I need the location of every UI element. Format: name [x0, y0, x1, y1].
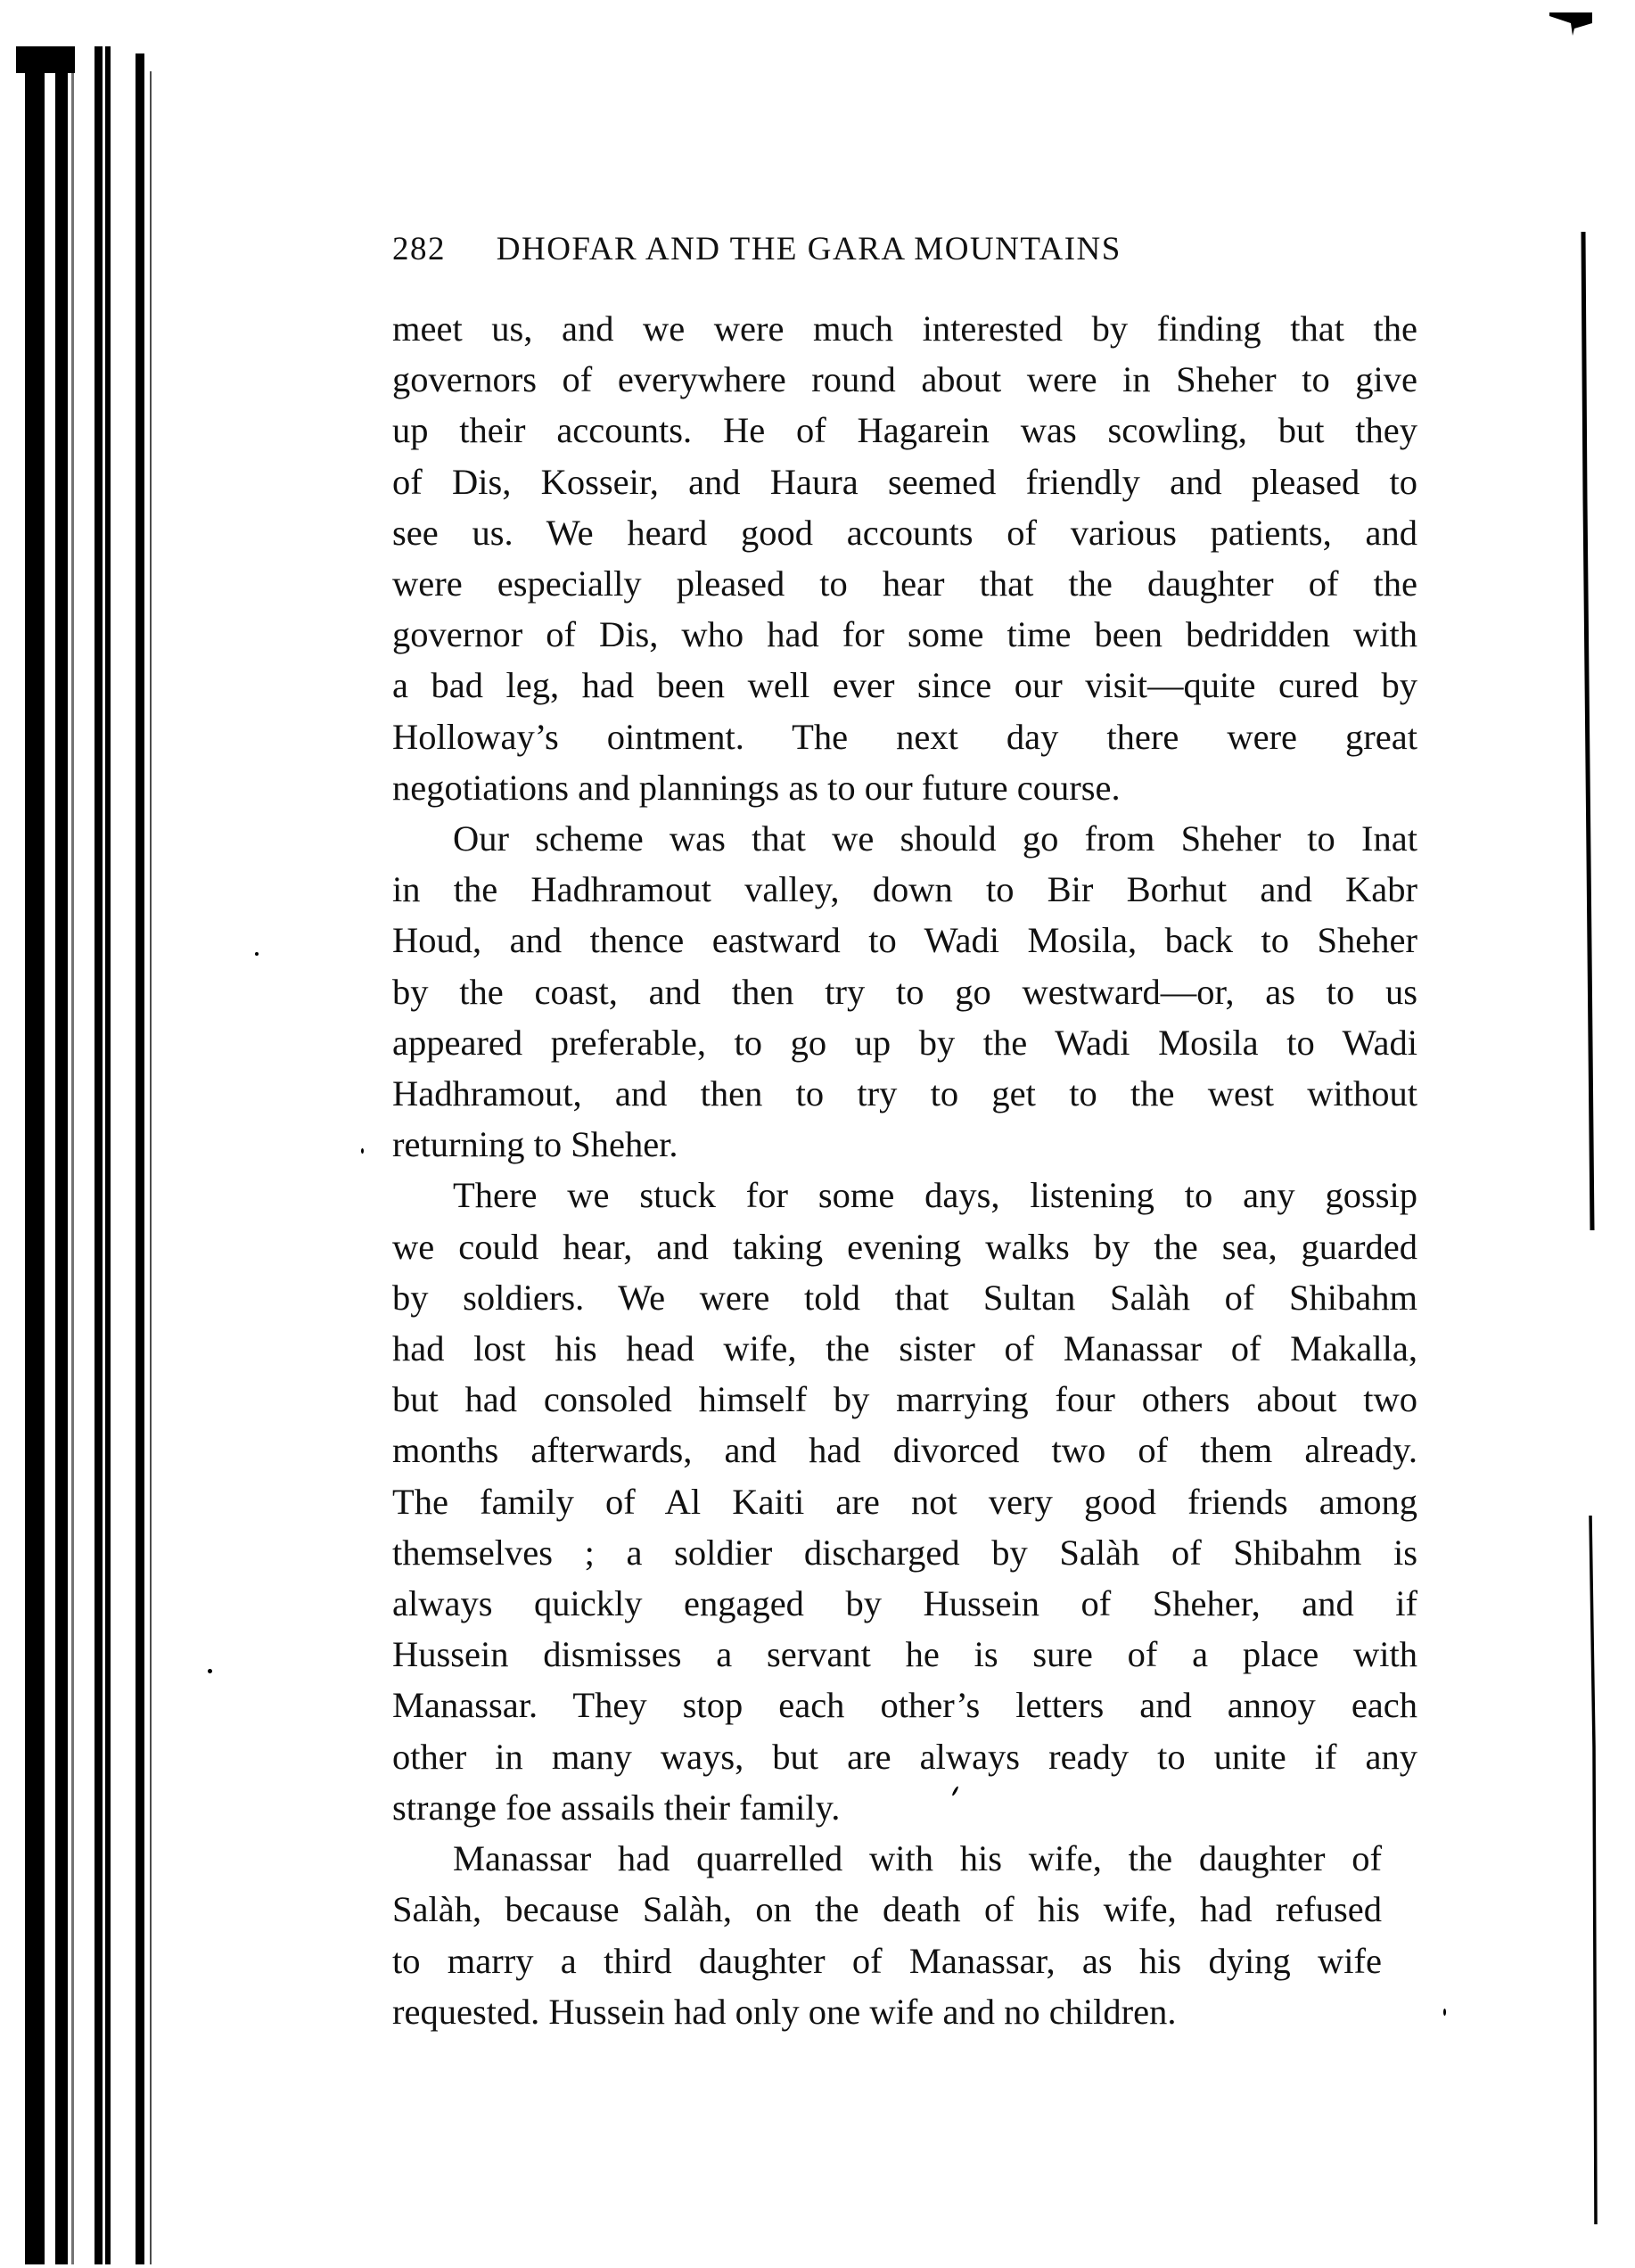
text-line: Houd, and thence eastward to Wadi Mosila…: [392, 915, 1417, 966]
page-body: meet us, and we were much interested by …: [392, 303, 1417, 2037]
text-line: of Dis, Kosseir, and Haura seemed friend…: [392, 456, 1417, 507]
text-line: we could hear, and taking evening walks …: [392, 1221, 1417, 1272]
text-line: Salàh, because Salàh, on the death of hi…: [392, 1884, 1382, 1935]
binding-stripe: [71, 53, 74, 2264]
scan-binding-edge: [0, 0, 178, 2268]
running-head: 282 DHOFAR AND THE GARA MOUNTAINS: [392, 230, 1284, 268]
scan-speck: [1443, 2009, 1446, 2016]
text-line: appeared preferable, to go up by the Wad…: [392, 1017, 1417, 1068]
paragraph-3: There we stuck for some days, listening …: [392, 1170, 1417, 1833]
corner-tab-mark-icon: [1548, 11, 1598, 36]
text-line: The family of Al Kaiti are not very good…: [392, 1476, 1417, 1527]
text-line: requested. Hussein had only one wife and…: [392, 1986, 1382, 2037]
running-title: DHOFAR AND THE GARA MOUNTAINS: [497, 230, 1121, 268]
text-line: were especially pleased to hear that the…: [392, 558, 1417, 609]
text-line: always quickly engaged by Hussein of She…: [392, 1578, 1417, 1629]
text-line: in the Hadhramout valley, down to Bir Bo…: [392, 864, 1417, 915]
text-line: negotiations and plannings as to our fut…: [392, 762, 1417, 813]
text-line: Hussein dismisses a servant he is sure o…: [392, 1629, 1417, 1680]
text-line: by soldiers. We were told that Sultan Sa…: [392, 1272, 1417, 1323]
text-line: Our scheme was that we should go from Sh…: [392, 813, 1417, 864]
page-number: 282: [392, 230, 446, 268]
text-line: strange foe assails their family.: [392, 1782, 1417, 1833]
binding-stripe: [136, 53, 144, 2264]
text-line: governor of Dis, who had for some time b…: [392, 609, 1417, 660]
text-line: Manassar. They stop each other’s letters…: [392, 1680, 1417, 1730]
text-line: returning to Sheher.: [392, 1119, 1417, 1170]
scan-speck: [208, 1669, 212, 1673]
text-line: to marry a third daughter of Manassar, a…: [392, 1935, 1382, 1986]
text-line: governors of everywhere round about were…: [392, 354, 1417, 405]
text-line: up their accounts. He of Hagarein was sc…: [392, 405, 1417, 456]
text-line: themselves ; a soldier discharged by Sal…: [392, 1527, 1417, 1578]
paragraph-1: meet us, and we were much interested by …: [392, 303, 1417, 813]
text-line: Manassar had quarrelled with his wife, t…: [392, 1833, 1382, 1884]
binding-stripe: [25, 53, 45, 2264]
binding-stripe: [94, 46, 103, 2264]
text-line: other in many ways, but are always ready…: [392, 1731, 1417, 1782]
paragraph-2: Our scheme was that we should go from Sh…: [392, 813, 1417, 1170]
scan-speck: [361, 1148, 364, 1154]
paragraph-4: Manassar had quarrelled with his wife, t…: [392, 1833, 1382, 2037]
binding-stripe: [55, 53, 68, 2264]
text-line: by the coast, and then try to go westwar…: [392, 966, 1417, 1017]
text-line: a bad leg, had been well ever since our …: [392, 660, 1417, 711]
binding-stripe: [150, 71, 152, 2264]
scan-right-edge-line: [1578, 232, 1614, 2247]
text-line: meet us, and we were much interested by …: [392, 303, 1417, 354]
text-line: months afterwards, and had divorced two …: [392, 1425, 1417, 1475]
text-line: but had consoled himself by marrying fou…: [392, 1374, 1417, 1425]
text-line: Holloway’s ointment. The next day there …: [392, 711, 1417, 762]
scan-speck: [255, 952, 259, 956]
text-line: There we stuck for some days, listening …: [392, 1170, 1417, 1220]
text-line: had lost his head wife, the sister of Ma…: [392, 1323, 1417, 1374]
binding-stripe: [105, 46, 111, 2264]
text-line: see us. We heard good accounts of variou…: [392, 507, 1417, 558]
text-line: Hadhramout, and then to try to get to th…: [392, 1068, 1417, 1119]
